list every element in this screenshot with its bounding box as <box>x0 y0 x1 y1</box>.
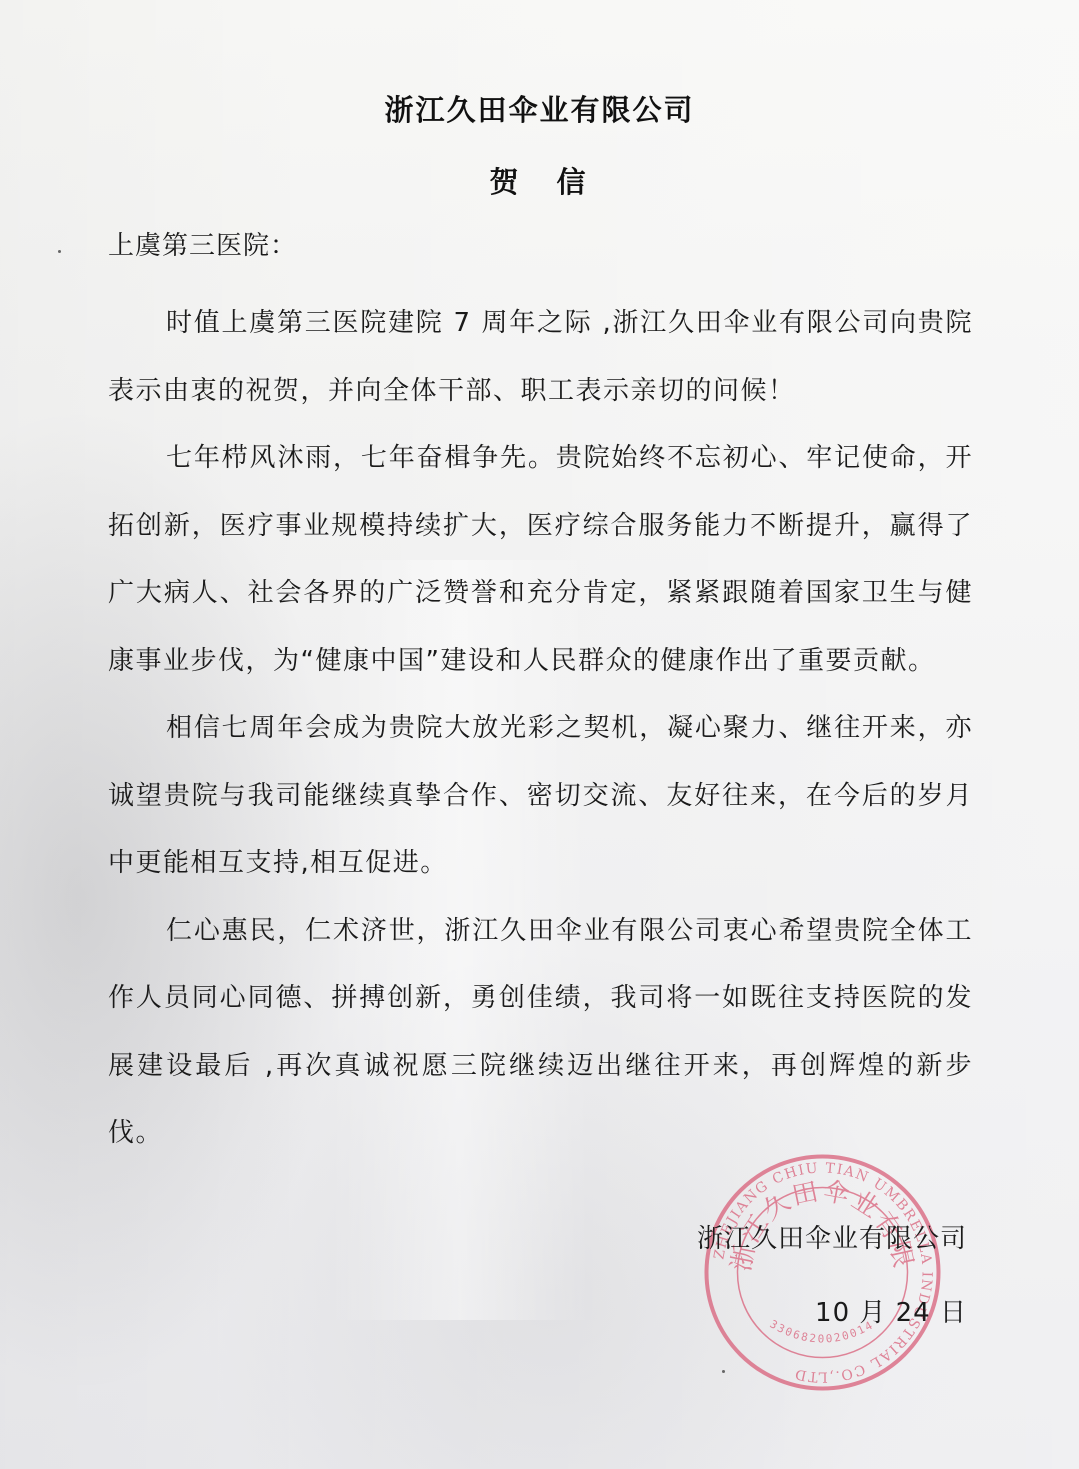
signature-block: 浙江久田伞业有限公司 10 月 24 日 <box>697 1218 967 1329</box>
paragraph-3: 相信七周年会成为贵院大放光彩之契机，凝心聚力、继往开来，亦诚望贵院与我司能继续真… <box>108 695 973 898</box>
letter-body: 时值上虞第三医院建院 7 周年之际 ,浙江久田伞业有限公司向贵院表示由衷的祝贺，… <box>108 290 973 1168</box>
paper-speck <box>58 250 61 253</box>
paragraph-4: 仁心惠民，仁术济世，浙江久田伞业有限公司衷心希望贵院全体工作人员同心同德、拼搏创… <box>108 898 973 1168</box>
paragraph-1: 时值上虞第三医院建院 7 周年之际 ,浙江久田伞业有限公司向贵院表示由衷的祝贺，… <box>108 290 973 425</box>
signature-date: 10 月 24 日 <box>697 1292 967 1329</box>
letterhead-company-name: 浙江久田伞业有限公司 <box>0 88 1079 129</box>
paragraph-2: 七年栉风沐雨，七年奋楫争先。贵院始终不忘初心、牢记使命，开拓创新，医疗事业规模持… <box>108 425 973 695</box>
signature-company: 浙江久田伞业有限公司 <box>697 1218 967 1255</box>
salutation: 上虞第三医院： <box>108 225 297 262</box>
letter-title: 贺 信 <box>0 160 1079 201</box>
